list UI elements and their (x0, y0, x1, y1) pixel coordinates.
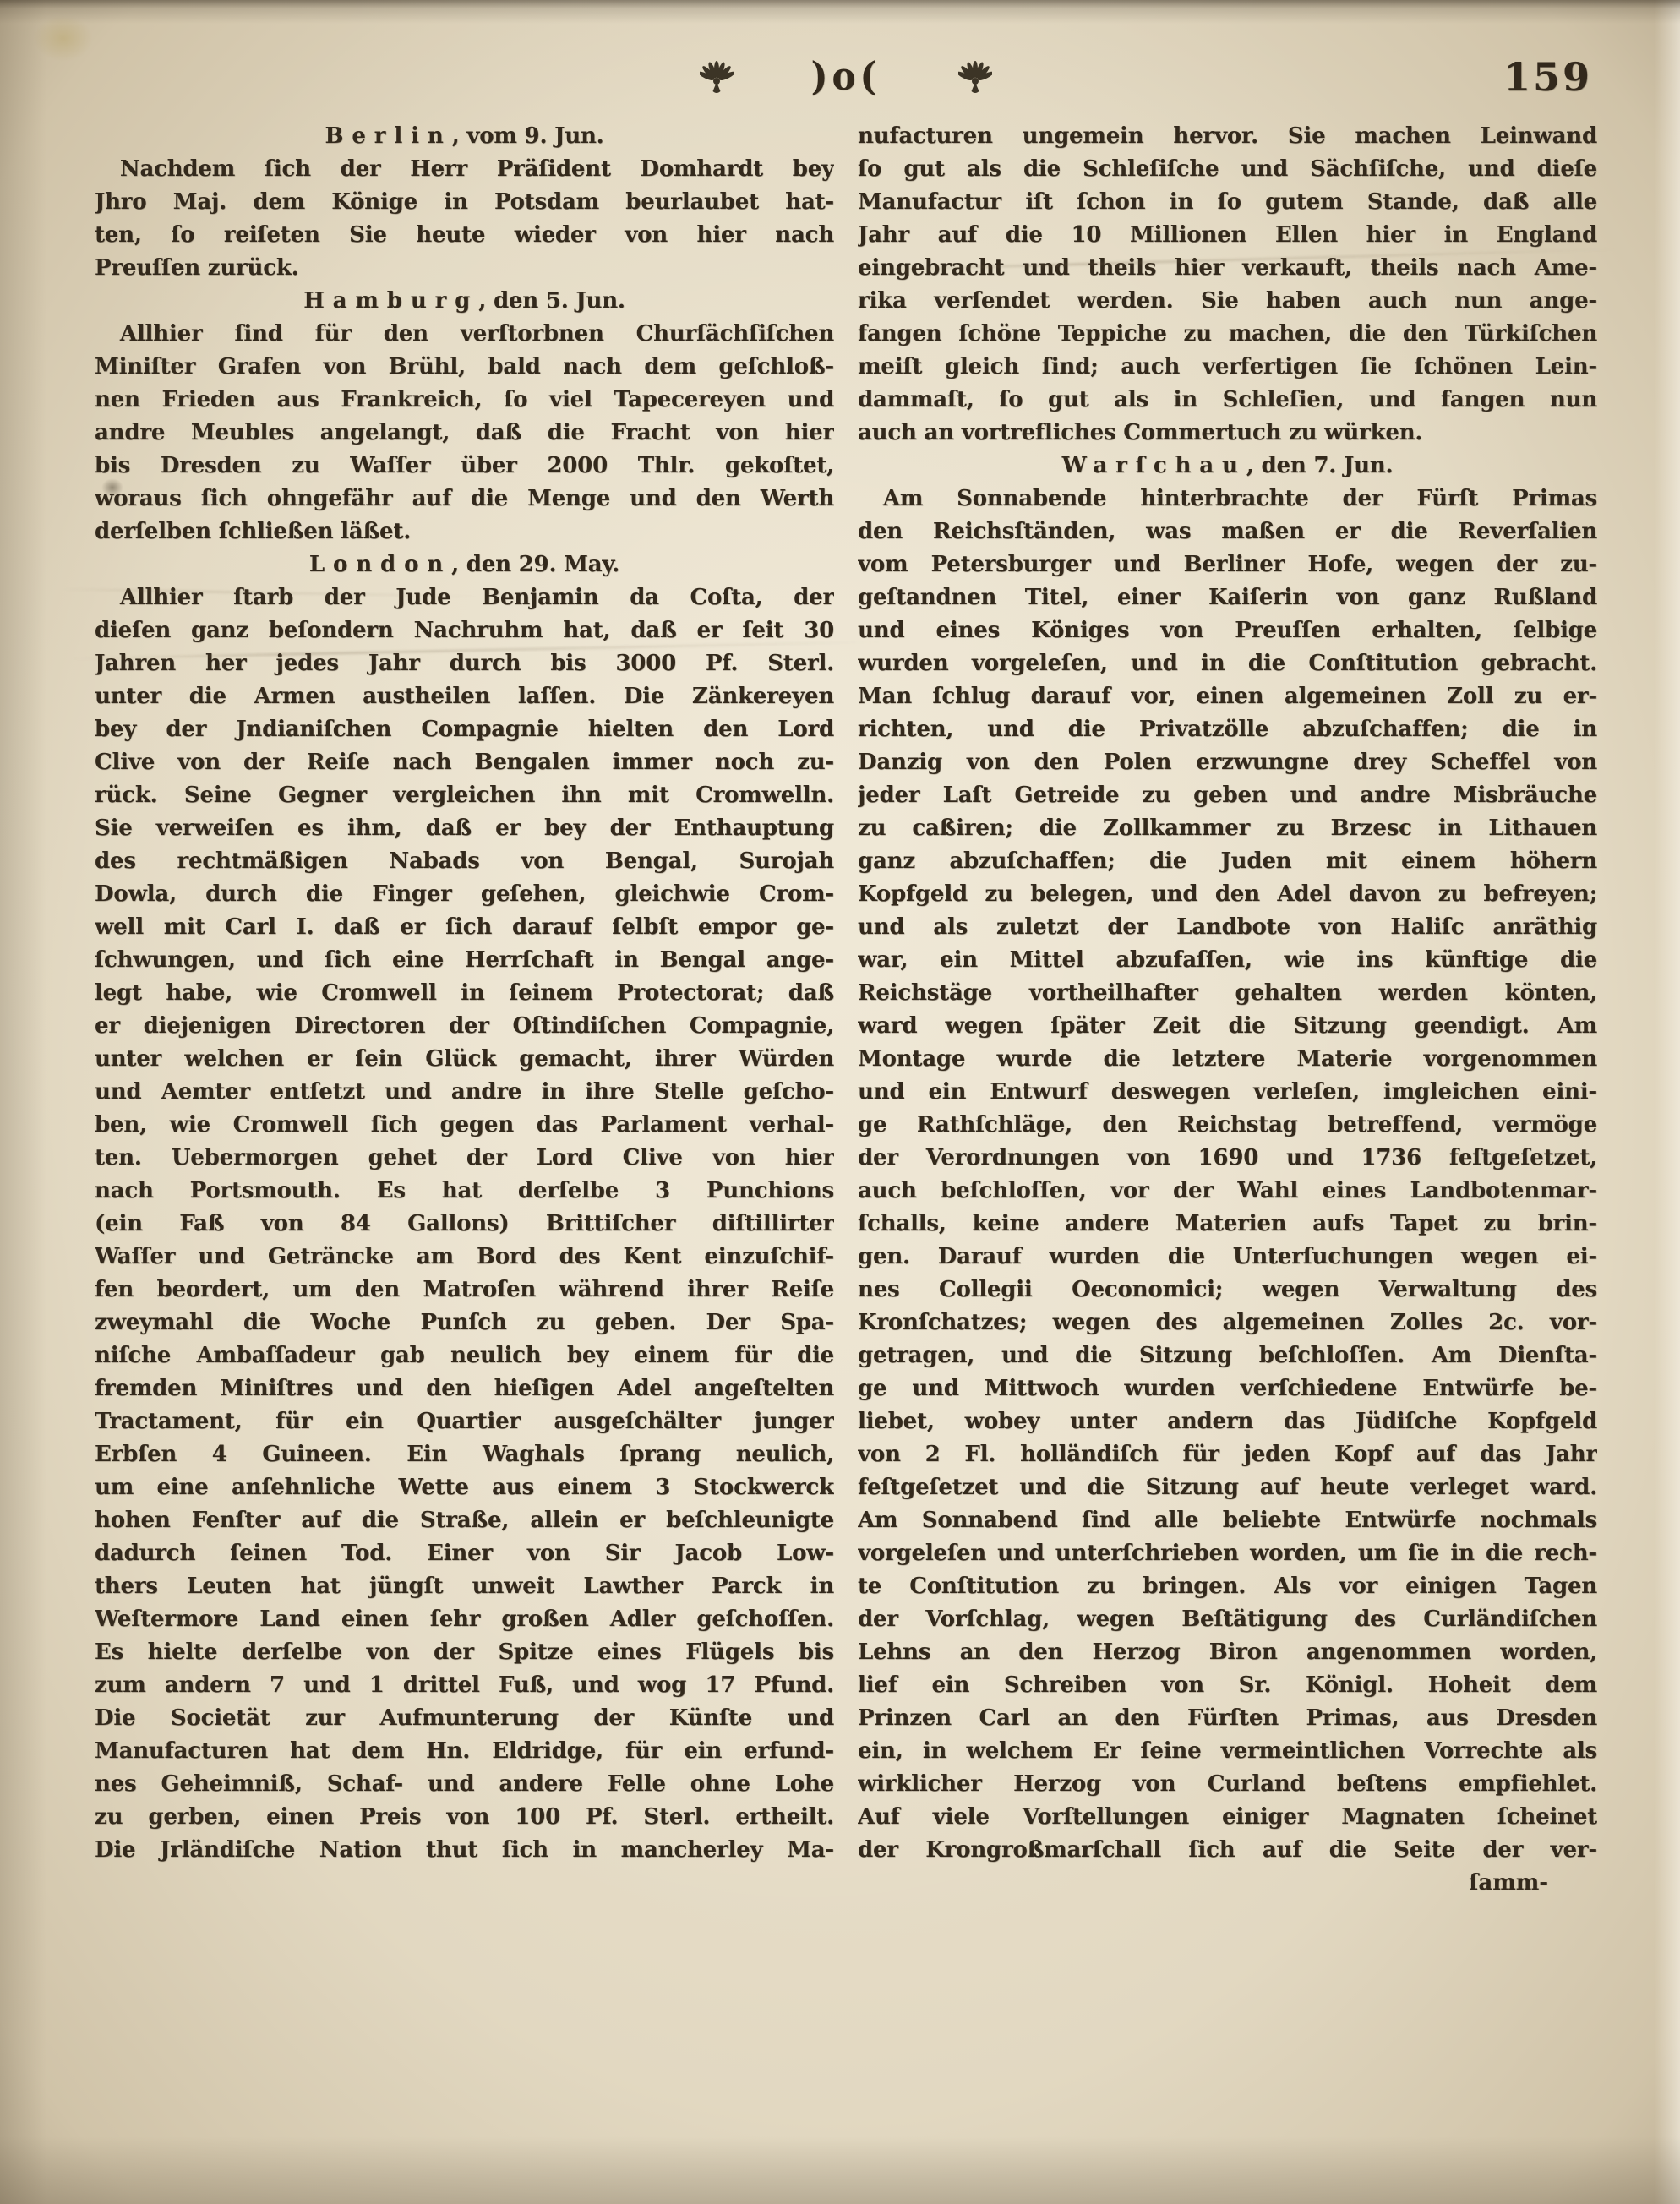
line-text: rika verſendet werden. Sie haben auch nu… (858, 288, 1597, 314)
line-text: ein, in welchem Er ſeine vermeintlichen … (858, 1738, 1597, 1764)
line-text: nes Collegii Oeconomici; wegen Verwaltun… (858, 1277, 1597, 1302)
text-line: Die Jrländiſche Nation thut ſich in manc… (95, 1834, 834, 1867)
line-text: Die Societät zur Aufmunterung der Künſte… (95, 1705, 834, 1731)
line-text: Es hielte derſelbe von der Spitze eines … (95, 1639, 834, 1665)
text-line: ten, ſo reiſeten Sie heute wieder von hi… (95, 219, 834, 252)
text-line: Auf viele Vorſtellungen einiger Magnaten… (858, 1801, 1597, 1834)
text-line: gen. Darauf wurden die Unterſuchungen we… (858, 1241, 1597, 1274)
text-line: lief ein Schreiben von Sr. Königl. Hohei… (858, 1669, 1597, 1702)
text-line: vom Petersburger und Berliner Hofe, wege… (858, 548, 1597, 581)
text-line: London, den 29. May. (95, 548, 834, 581)
line-text: getragen, und die Sitzung beſchloſſen. A… (858, 1343, 1597, 1368)
line-text: und eines Königes von Preuſſen erhalten,… (858, 618, 1597, 643)
text-line: Nachdem ſich der Herr Präſident Domhardt… (95, 153, 834, 186)
text-line: unter die Armen austheilen laſſen. Die Z… (95, 680, 834, 713)
text-line: und ein Entwurf deswegen verleſen, imgle… (858, 1076, 1597, 1109)
catchword: ſamm- (858, 1867, 1597, 1900)
line-text: von 2 Fl. holländiſch für jeden Kopf auf… (858, 1442, 1597, 1467)
line-text: well mit Carl I. daß er ſich darauf ſelb… (95, 914, 834, 940)
line-text: Prinzen Carl an den Fürſten Primas, aus … (858, 1705, 1597, 1731)
text-line: andre Meubles angelangt, daß die Fracht … (95, 417, 834, 450)
text-line: Allhier ſind für den verſtorbnen Churſäc… (95, 318, 834, 351)
line-text: ward wegen ſpäter Zeit die Sitzung geend… (858, 1013, 1597, 1039)
line-text: Am Sonnabend ſind alle beliebte Entwürfe… (858, 1508, 1597, 1533)
line-text: richten, und die Privatzölle abzuſchaffe… (858, 717, 1597, 742)
text-line: jeder Laſt Getreide zu geben und andre M… (858, 779, 1597, 812)
line-text: Sie verweiſen es ihm, daß er bey der Ent… (95, 816, 834, 841)
line-text: ganz abzuſchaffen; die Juden mit einem h… (858, 848, 1597, 874)
text-line: zweymahl die Woche Punſch zu geben. Der … (95, 1307, 834, 1339)
text-columns: Berlin, vom 9. Jun. Nachdem ſich der Her… (95, 120, 1597, 1900)
text-line: Manufactur iſt ſchon in ſo gutem Stande,… (858, 186, 1597, 219)
text-line: Tractament, für ein Quartier ausgeſchält… (95, 1405, 834, 1438)
text-line: feſtgeſetzet und die Sitzung auf heute v… (858, 1471, 1597, 1504)
text-line: meiſt gleich ſind; auch verfertigen ſie … (858, 351, 1597, 384)
text-line: dadurch ſeinen Tod. Einer von Sir Jacob … (95, 1537, 834, 1570)
text-line: Reichstäge vortheilhafter gehalten werde… (858, 977, 1597, 1010)
text-line: nach Portsmouth. Es hat derſelbe 3 Punch… (95, 1175, 834, 1208)
text-line: Jahren her jedes Jahr durch bis 3000 Pf.… (95, 647, 834, 680)
line-text: des rechtmäßigen Nabads von Bengal, Suro… (95, 848, 834, 874)
text-line: auch beſchloſſen, vor der Wahl eines Lan… (858, 1175, 1597, 1208)
line-text: derſelben ſchließen läßet. (95, 519, 411, 544)
text-line: woraus ſich ohngefähr auf die Menge und … (95, 483, 834, 516)
text-line: der Krongroßmarſchall ſich auf die Seite… (858, 1834, 1597, 1867)
text-line: Hamburg, den 5. Jun. (95, 285, 834, 318)
line-text: und Aemter entſetzt und andre in ihre St… (95, 1079, 834, 1105)
line-text: Preuſſen zurück. (95, 255, 299, 281)
page-number: 159 (1503, 54, 1592, 100)
text-line: Montage wurde die letztere Materie vorge… (858, 1043, 1597, 1076)
line-text: ten, ſo reiſeten Sie heute wieder von hi… (95, 222, 834, 248)
text-line: Lehns an den Herzog Biron angenommen wor… (858, 1636, 1597, 1669)
text-line: bis Dresden zu Waſſer über 2000 Thlr. ge… (95, 450, 834, 483)
left-column: Berlin, vom 9. Jun. Nachdem ſich der Her… (95, 120, 834, 1900)
text-line: Kopfgeld zu belegen, und den Adel davon … (858, 878, 1597, 911)
text-line: dieſen ganz beſondern Nachruhm hat, daß … (95, 614, 834, 647)
line-text: wurden vorgeleſen, und in die Conſtituti… (858, 651, 1597, 676)
line-text: Jahr auf die 10 Millionen Ellen hier in … (858, 222, 1597, 248)
text-line: zum andern 7 und 1 drittel Fuß, und wog … (95, 1669, 834, 1702)
line-text: (ein Faß von 84 Gallons) Brittiſcher diſ… (95, 1211, 834, 1236)
text-line: Allhier ſtarb der Jude Benjamin da Coſta… (95, 581, 834, 614)
line-text: nes Geheimniß, Schaf- und andere Felle o… (95, 1771, 834, 1797)
paper-stain (34, 15, 93, 62)
text-line: nen Frieden aus Frankreich, ſo viel Tape… (95, 384, 834, 417)
line-text: um eine anſehnliche Wette aus einem 3 St… (95, 1475, 834, 1500)
line-text: Nachdem ſich der Herr Präſident Domhardt… (120, 156, 834, 182)
line-text: lief ein Schreiben von Sr. Königl. Hohei… (858, 1672, 1597, 1698)
text-line: Clive von der Reiſe nach Bengalen immer … (95, 746, 834, 779)
text-line: derſelben ſchließen läßet. (95, 516, 834, 548)
text-line: ſchalls, keine andere Materien aufs Tape… (858, 1208, 1597, 1241)
line-text: Danzig von den Polen erzwungne drey Sche… (858, 750, 1597, 775)
dateline-date: , den 29. May. (451, 552, 619, 577)
right-column: nufacturen ungemein hervor. Sie machen L… (858, 120, 1597, 1900)
text-line: ſchwungen, und ſich eine Herrſchaft in B… (95, 944, 834, 977)
text-line: getragen, und die Sitzung beſchloſſen. A… (858, 1339, 1597, 1372)
line-text: andre Meubles angelangt, daß die Fracht … (95, 420, 834, 445)
line-text: Manufactur iſt ſchon in ſo gutem Stande,… (858, 189, 1597, 215)
shell-fan-icon (958, 58, 992, 95)
dateline-city: Hamburg (303, 288, 478, 314)
line-text: ten. Uebermorgen gehet der Lord Clive vo… (95, 1145, 834, 1170)
text-line: geſtandnen Titel, einer Kaiſerin von gan… (858, 581, 1597, 614)
line-text: Die Jrländiſche Nation thut ſich in manc… (95, 1837, 834, 1863)
text-line: Die Societät zur Aufmunterung der Künſte… (95, 1702, 834, 1735)
text-line: Miniſter Grafen von Brühl, bald nach dem… (95, 351, 834, 384)
dateline-city: Warſchau (1062, 453, 1246, 478)
dateline-date: , vom 9. Jun. (452, 123, 604, 149)
line-text: vorgeleſen und unterſchrieben worden, um… (858, 1541, 1597, 1566)
line-text: Manufacturen hat dem Hn. Eldridge, für e… (95, 1738, 834, 1764)
line-text: nufacturen ungemein hervor. Sie machen L… (858, 123, 1597, 149)
line-text: und ein Entwurf deswegen verleſen, imgle… (858, 1079, 1597, 1105)
text-line: Jhro Maj. dem Könige in Potsdam beurlaub… (95, 186, 834, 219)
line-text: Miniſter Grafen von Brühl, bald nach dem… (95, 354, 834, 379)
line-text: Reichstäge vortheilhafter gehalten werde… (858, 980, 1597, 1006)
line-text: zum andern 7 und 1 drittel Fuß, und wog … (95, 1672, 834, 1698)
line-text: der Verordnungen von 1690 und 1736 feſtg… (858, 1145, 1597, 1170)
line-text: unter welchen er ſein Glück gemacht, ihr… (95, 1046, 834, 1072)
line-text: geſtandnen Titel, einer Kaiſerin von gan… (858, 585, 1597, 610)
dateline-date: , den 5. Jun. (478, 288, 625, 314)
line-text: nen Frieden aus Frankreich, ſo viel Tape… (95, 387, 834, 412)
text-line: Preuſſen zurück. (95, 252, 834, 285)
text-line: Man ſchlug darauf vor, einen algemeinen … (858, 680, 1597, 713)
line-text: zweymahl die Woche Punſch zu geben. Der … (95, 1310, 834, 1335)
line-text: dadurch ſeinen Tod. Einer von Sir Jacob … (95, 1541, 834, 1566)
line-text: Clive von der Reiſe nach Bengalen immer … (95, 750, 834, 775)
text-line: und eines Königes von Preuſſen erhalten,… (858, 614, 1597, 647)
line-text: zu gerben, einen Preis von 100 Pf. Sterl… (95, 1804, 834, 1830)
text-line: war, ein Mittel abzufaſſen, wie ins künf… (858, 944, 1597, 977)
text-line: bey der Jndianiſchen Compagnie hielten d… (95, 713, 834, 746)
line-text: Auf viele Vorſtellungen einiger Magnaten… (858, 1804, 1597, 1830)
text-line: Am Sonnabende hinterbrachte der Fürſt Pr… (858, 483, 1597, 516)
text-line: Weſtermore Land einen ſehr großen Adler … (95, 1603, 834, 1636)
line-text: bis Dresden zu Waſſer über 2000 Thlr. ge… (95, 453, 834, 478)
line-text: Kopfgeld zu belegen, und den Adel davon … (858, 881, 1597, 907)
line-text: Lehns an den Herzog Biron angenommen wor… (858, 1639, 1597, 1665)
text-line: und Aemter entſetzt und andre in ihre St… (95, 1076, 834, 1109)
text-line: richten, und die Privatzölle abzuſchaffe… (858, 713, 1597, 746)
text-line: Jahr auf die 10 Millionen Ellen hier in … (858, 219, 1597, 252)
line-text: rück. Seine Gegner vergleichen ihn mit C… (95, 783, 834, 808)
text-line: des rechtmäßigen Nabads von Bengal, Suro… (95, 845, 834, 878)
line-text: dieſen ganz beſondern Nachruhm hat, daß … (95, 618, 834, 643)
text-line: von 2 Fl. holländiſch für jeden Kopf auf… (858, 1438, 1597, 1471)
text-line: der Verordnungen von 1690 und 1736 feſtg… (858, 1142, 1597, 1175)
line-text: Am Sonnabende hinterbrachte der Fürſt Pr… (883, 486, 1597, 511)
line-text: fremden Miniſtres und den hieſigen Adel … (95, 1376, 834, 1401)
text-line: er diejenigen Directoren der Oſtindiſche… (95, 1010, 834, 1043)
text-line: Berlin, vom 9. Jun. (95, 120, 834, 153)
line-text: ſchwungen, und ſich eine Herrſchaft in B… (95, 947, 834, 973)
line-text: ſchalls, keine andere Materien aufs Tape… (858, 1211, 1597, 1236)
line-text: er diejenigen Directoren der Oſtindiſche… (95, 1013, 834, 1039)
line-text: zu caßiren; die Zollkammer zu Brzesc in … (858, 816, 1597, 841)
line-text: dammaſt, ſo gut als in Schleſien, und fa… (858, 387, 1597, 412)
text-line: ben, wie Cromwell ſich gegen das Parlame… (95, 1109, 834, 1142)
text-line: rika verſendet werden. Sie haben auch nu… (858, 285, 1597, 318)
line-text: fangen ſchöne Teppiche zu machen, die de… (858, 321, 1597, 346)
right-column-lines: nufacturen ungemein hervor. Sie machen L… (858, 120, 1597, 1867)
text-line: zu gerben, einen Preis von 100 Pf. Sterl… (95, 1801, 834, 1834)
text-line: rück. Seine Gegner vergleichen ihn mit C… (95, 779, 834, 812)
text-line: Danzig von den Polen erzwungne drey Sche… (858, 746, 1597, 779)
line-text: Tractament, für ein Quartier ausgeſchält… (95, 1409, 834, 1434)
line-text: thers Leuten hat jüngſt unweit Lawther P… (95, 1574, 834, 1599)
text-line: (ein Faß von 84 Gallons) Brittiſcher diſ… (95, 1208, 834, 1241)
line-text: fen beordert, um den Matroſen während ih… (95, 1277, 834, 1302)
line-text: nach Portsmouth. Es hat derſelbe 3 Punch… (95, 1178, 834, 1203)
text-line: Prinzen Carl an den Fürſten Primas, aus … (858, 1702, 1597, 1735)
text-line: vorgeleſen und unterſchrieben worden, um… (858, 1537, 1597, 1570)
line-text: und als zuletzt der Landbote von Haliſc … (858, 914, 1597, 940)
text-line: Sie verweiſen es ihm, daß er bey der Ent… (95, 812, 834, 845)
line-text: war, ein Mittel abzufaſſen, wie ins künf… (858, 947, 1597, 973)
text-line: wirklicher Herzog von Curland beſtens em… (858, 1768, 1597, 1801)
dateline-city: London (309, 552, 451, 577)
line-text: te Conſtitution zu bringen. Als vor eini… (858, 1574, 1597, 1599)
line-text: den Reichsſtänden, was maßen er die Reve… (858, 519, 1597, 544)
text-line: ein, in welchem Er ſeine vermeintlichen … (858, 1735, 1597, 1768)
dateline-date: , den 7. Jun. (1246, 453, 1394, 478)
line-text: unter die Armen austheilen laſſen. Die Z… (95, 684, 834, 709)
page-header: )o( 159 (95, 56, 1597, 117)
text-line: wurden vorgeleſen, und in die Conſtituti… (858, 647, 1597, 680)
text-line: fangen ſchöne Teppiche zu machen, die de… (858, 318, 1597, 351)
text-line: Erbſen 4 Guineen. Ein Waghals ſprang neu… (95, 1438, 834, 1471)
text-line: unter welchen er ſein Glück gemacht, ihr… (95, 1043, 834, 1076)
line-text: Montage wurde die letztere Materie vorge… (858, 1046, 1597, 1072)
line-text: ge und Mittwoch wurden verſchiedene Entw… (858, 1376, 1597, 1401)
text-line: fremden Miniſtres und den hieſigen Adel … (95, 1372, 834, 1405)
text-line: Es hielte derſelbe von der Spitze eines … (95, 1636, 834, 1669)
ink-spot (101, 478, 123, 497)
line-text: Man ſchlug darauf vor, einen algemeinen … (858, 684, 1597, 709)
text-line: Kronſchatzes; wegen des algemeinen Zolle… (858, 1307, 1597, 1339)
line-text: Kronſchatzes; wegen des algemeinen Zolle… (858, 1310, 1597, 1335)
line-text: Erbſen 4 Guineen. Ein Waghals ſprang neu… (95, 1442, 834, 1467)
text-line: nes Collegii Oeconomici; wegen Verwaltun… (858, 1274, 1597, 1307)
text-line: niſche Ambaſſadeur gab neulich bey einem… (95, 1339, 834, 1372)
text-line: den Reichsſtänden, was maßen er die Reve… (858, 516, 1597, 548)
line-text: feſtgeſetzet und die Sitzung auf heute v… (858, 1475, 1597, 1500)
line-text: der Krongroßmarſchall ſich auf die Seite… (858, 1837, 1597, 1863)
text-line: ganz abzuſchaffen; die Juden mit einem h… (858, 845, 1597, 878)
text-line: ten. Uebermorgen gehet der Lord Clive vo… (95, 1142, 834, 1175)
line-text: auch beſchloſſen, vor der Wahl eines Lan… (858, 1178, 1597, 1203)
line-text: Jhro Maj. dem Könige in Potsdam beurlaub… (95, 189, 834, 215)
text-line: hohen Fenſter auf die Straße, allein er … (95, 1504, 834, 1537)
text-line: um eine anſehnliche Wette aus einem 3 St… (95, 1471, 834, 1504)
line-text: niſche Ambaſſadeur gab neulich bey einem… (95, 1343, 834, 1368)
dateline-city: Berlin (325, 123, 451, 149)
text-line: well mit Carl I. daß er ſich darauf ſelb… (95, 911, 834, 944)
line-text: jeder Laſt Getreide zu geben und andre M… (858, 783, 1597, 808)
text-line: ge Rathſchläge, den Reichstag betreffend… (858, 1109, 1597, 1142)
line-text: woraus ſich ohngefähr auf die Menge und … (95, 486, 834, 511)
line-text: der Vorſchlag, wegen Beſtätigung des Cur… (858, 1607, 1597, 1632)
text-line: Manufacturen hat dem Hn. Eldridge, für e… (95, 1735, 834, 1768)
line-text: gen. Darauf wurden die Unterſuchungen we… (858, 1244, 1597, 1269)
text-line: ward wegen ſpäter Zeit die Sitzung geend… (858, 1010, 1597, 1043)
text-line: te Conſtitution zu bringen. Als vor eini… (858, 1570, 1597, 1603)
text-line: Waſſer und Geträncke am Bord des Kent ei… (95, 1241, 834, 1274)
line-text: meiſt gleich ſind; auch verfertigen ſie … (858, 354, 1597, 379)
text-line: liebet, wobey unter andern das Jüdiſche … (858, 1405, 1597, 1438)
text-line: Am Sonnabend ſind alle beliebte Entwürfe… (858, 1504, 1597, 1537)
text-line: zu caßiren; die Zollkammer zu Brzesc in … (858, 812, 1597, 845)
text-line: nes Geheimniß, Schaf- und andere Felle o… (95, 1768, 834, 1801)
text-line: nufacturen ungemein hervor. Sie machen L… (858, 120, 1597, 153)
line-text: Waſſer und Geträncke am Bord des Kent ei… (95, 1244, 834, 1269)
line-text: wirklicher Herzog von Curland beſtens em… (858, 1771, 1597, 1797)
line-text: hohen Fenſter auf die Straße, allein er … (95, 1508, 834, 1533)
newspaper-page: )o( 159 (0, 0, 1680, 2204)
line-text: ſo gut als die Schleſiſche und Sächſiſch… (858, 156, 1597, 182)
text-line: legt habe, wie Cromwell in ſeinem Protec… (95, 977, 834, 1010)
line-text: legt habe, wie Cromwell in ſeinem Protec… (95, 980, 834, 1006)
text-line: ge und Mittwoch wurden verſchiedene Entw… (858, 1372, 1597, 1405)
line-text: bey der Jndianiſchen Compagnie hielten d… (95, 717, 834, 742)
line-text: Weſtermore Land einen ſehr großen Adler … (95, 1607, 834, 1632)
text-line: Dowla, durch die Finger geſehen, gleichw… (95, 878, 834, 911)
line-text: vom Petersburger und Berliner Hofe, wege… (858, 552, 1597, 577)
line-text: Dowla, durch die Finger geſehen, gleichw… (95, 881, 834, 907)
line-text: auch an vortrefliches Commertuch zu würk… (858, 420, 1422, 445)
line-text: liebet, wobey unter andern das Jüdiſche … (858, 1409, 1597, 1434)
text-line: thers Leuten hat jüngſt unweit Lawther P… (95, 1570, 834, 1603)
text-line: der Vorſchlag, wegen Beſtätigung des Cur… (858, 1603, 1597, 1636)
text-line: und als zuletzt der Landbote von Haliſc … (858, 911, 1597, 944)
text-line: fen beordert, um den Matroſen während ih… (95, 1274, 834, 1307)
section-divider-mark: )o( (811, 54, 881, 99)
text-line: auch an vortrefliches Commertuch zu würk… (858, 417, 1597, 450)
line-text: Allhier ſind für den verſtorbnen Churſäc… (120, 321, 834, 346)
header-ornament-row: )o( (95, 56, 1597, 97)
shell-fan-icon (700, 58, 734, 95)
line-text: ge Rathſchläge, den Reichstag betreffend… (858, 1112, 1597, 1137)
text-line: Warſchau, den 7. Jun. (858, 450, 1597, 483)
text-line: dammaſt, ſo gut als in Schleſien, und fa… (858, 384, 1597, 417)
text-line: ſo gut als die Schleſiſche und Sächſiſch… (858, 153, 1597, 186)
line-text: ben, wie Cromwell ſich gegen das Parlame… (95, 1112, 834, 1137)
